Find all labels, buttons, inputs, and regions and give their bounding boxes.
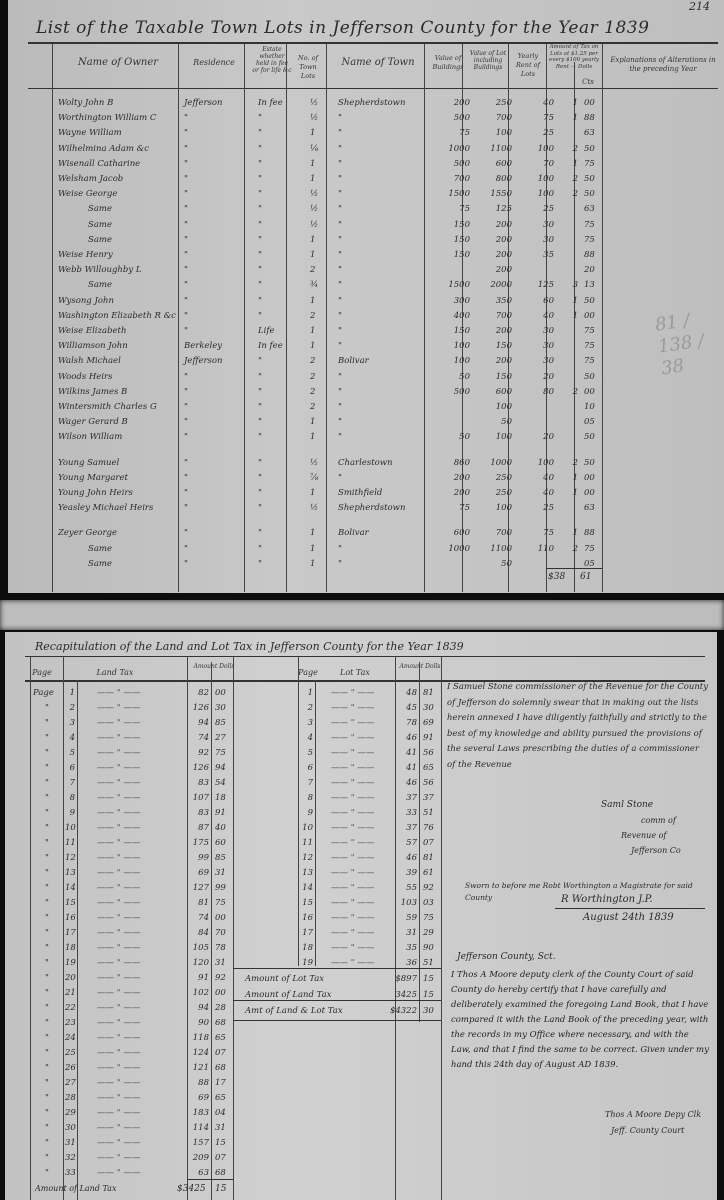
summary-cts: 15	[423, 972, 434, 987]
cell-town: "	[338, 309, 342, 323]
cell-estate: "	[258, 187, 262, 201]
sworn-date: August 24th 1839	[583, 912, 674, 923]
cell-cts: 50	[584, 187, 595, 201]
table-row: Wintersmith Charles G""2"10010	[8, 400, 724, 414]
table-row: Weise Henry""1"1502003588	[8, 248, 724, 262]
total-dolls: $38	[548, 572, 565, 582]
summary-row: Amount of Lot Tax$89715	[5, 972, 445, 987]
table-row: Wayne William""1"751002563	[8, 126, 724, 140]
commissioner-title-2: Revenue of	[621, 831, 666, 840]
table-row: Same""1"10001100110275	[8, 542, 724, 556]
cell-name: Same	[88, 557, 112, 571]
col-header-land-amount: Amount Dolls	[191, 662, 237, 671]
cell-town: "	[338, 233, 342, 247]
cell-page: 32	[65, 1151, 75, 1166]
cell-rent: 40	[514, 309, 554, 323]
cell-name: Young Samuel	[58, 456, 119, 470]
cell-estate: "	[258, 278, 262, 292]
cell-dolls: 1	[556, 486, 578, 500]
cell-bldg: 1000	[440, 142, 470, 156]
cell-dolls: 2	[556, 542, 578, 556]
cell-bldg: 1000	[440, 542, 470, 556]
cell-estate: "	[258, 501, 262, 515]
ditto-dash: —— " ——	[331, 806, 374, 821]
cell-bldg: 1500	[440, 278, 470, 292]
table-row: "—— " ——3115715	[5, 1136, 235, 1151]
cell-bldg: 200	[440, 471, 470, 485]
ditto-dash: —— " ——	[331, 791, 374, 806]
ditto-mark: "	[45, 1061, 49, 1076]
cell-town: "	[338, 542, 342, 556]
cell-town: "	[338, 557, 342, 571]
cell-residence: "	[184, 309, 188, 323]
cell-rent: 30	[514, 218, 554, 232]
cell-residence: "	[184, 126, 188, 140]
cell-rent: 30	[514, 339, 554, 353]
table-row: "—— " ——278817	[5, 1076, 235, 1091]
cell-residence: "	[184, 218, 188, 232]
cell-cts: 88	[584, 111, 595, 125]
cell-lots: 1	[310, 157, 315, 171]
table-row: Same""½"1502003075	[8, 218, 724, 232]
cell-lot_value: 200	[472, 233, 512, 247]
cell-cts: 88	[584, 526, 595, 540]
cell-name: Wolty John B	[58, 96, 113, 110]
cell-dolls: 2	[556, 172, 578, 186]
cell-name: Walsh Michael	[58, 354, 121, 368]
cell-residence: "	[184, 263, 188, 277]
cell-name: Williamson John	[58, 339, 128, 353]
cell-name: Wilson William	[58, 430, 122, 444]
table-row: Walsh MichaelJefferson"2Bolivar100200307…	[8, 354, 724, 368]
cell-cts: 91	[423, 731, 434, 746]
summary-row: Amt of Land & Lot Tax$432230	[5, 1004, 445, 1019]
cell-dolls: 57	[397, 836, 417, 851]
ditto-mark: "	[45, 1046, 49, 1061]
cell-lot_value: 700	[472, 526, 512, 540]
cell-name: Webb Willoughby L	[58, 263, 142, 277]
cell-residence: "	[184, 400, 188, 414]
col-header-explanations: Explanations of Alterations in the prece…	[608, 56, 718, 74]
table-row: —— " ——83737	[5, 791, 445, 806]
table-row: —— " ——133961	[5, 866, 445, 881]
cell-page: 16	[301, 911, 313, 926]
cell-bldg: 75	[440, 126, 470, 140]
cell-bldg: 200	[440, 486, 470, 500]
cell-rent: 30	[514, 324, 554, 338]
cell-lot_value: 100	[472, 126, 512, 140]
cell-name: Washington Elizabeth R &c	[58, 309, 176, 323]
table-row: Wilkins James B""2"50060080200	[8, 385, 724, 399]
cell-estate: "	[258, 486, 262, 500]
cell-lots: 1	[310, 542, 315, 556]
cell-rent: 100	[514, 187, 554, 201]
cell-dolls: 157	[189, 1136, 209, 1151]
cell-dolls: 88	[189, 1076, 209, 1091]
table-row: —— " ——44691	[5, 731, 445, 746]
cell-dolls: 118	[189, 1031, 209, 1046]
cell-estate: "	[258, 142, 262, 156]
cell-name: Same	[88, 218, 112, 232]
table-row: Same""1"1502003075	[8, 233, 724, 247]
col-header-town: Name of Town	[328, 58, 428, 67]
cell-dolls: 41	[397, 746, 417, 761]
cell-lot_value: 250	[472, 96, 512, 110]
cell-residence: "	[184, 324, 188, 338]
cell-residence: "	[184, 111, 188, 125]
commissioner-title-1: comm of	[641, 816, 676, 825]
col-header-residence: Residence	[184, 58, 244, 67]
cell-dolls: 46	[397, 851, 417, 866]
cell-town: "	[338, 202, 342, 216]
cell-estate: "	[258, 526, 262, 540]
cell-rent: 100	[514, 142, 554, 156]
cell-lot_value: 800	[472, 172, 512, 186]
cell-residence: "	[184, 526, 188, 540]
cell-bldg: 700	[440, 172, 470, 186]
table-row: "—— " ——3011431	[5, 1121, 235, 1136]
col-header-owner: Name of Owner	[58, 58, 178, 67]
cell-lot_value: 1100	[472, 542, 512, 556]
cell-lots: 1	[310, 557, 315, 571]
cell-lot_value: 200	[472, 218, 512, 232]
cell-lots: 1	[310, 248, 315, 262]
table-row: "—— " ——286965	[5, 1091, 235, 1106]
land-total-label: Amount of Land Tax	[35, 1184, 116, 1193]
cell-cts: 63	[584, 202, 595, 216]
cell-name: Young John Heirs	[58, 486, 133, 500]
cell-cts: 00	[584, 385, 595, 399]
cell-estate: "	[258, 456, 262, 470]
cell-cts: 75	[584, 218, 595, 232]
cell-name: Worthington William C	[58, 111, 156, 125]
cell-name: Same	[88, 542, 112, 556]
total-rule	[546, 568, 602, 569]
cell-lot_value: 200	[472, 354, 512, 368]
ditto-dash: —— " ——	[331, 836, 374, 851]
cell-residence: "	[184, 278, 188, 292]
cell-town: "	[338, 157, 342, 171]
cell-dolls: 1	[556, 157, 578, 171]
land-total-dolls: $3425	[177, 1184, 206, 1194]
cell-lot_value: 50	[472, 557, 512, 571]
cell-dolls: 39	[397, 866, 417, 881]
cell-cts: 75	[584, 324, 595, 338]
cell-bldg: 860	[440, 456, 470, 470]
col-header-buildings: Value of Buildings	[430, 54, 466, 72]
cell-cts: 37	[423, 791, 434, 806]
cell-name: Same	[88, 233, 112, 247]
cell-name: Weise Elizabeth	[58, 324, 126, 338]
cell-name: Woods Heirs	[58, 370, 113, 384]
ditto-mark: "	[45, 1106, 49, 1121]
table-row: —— " ——54156	[5, 746, 445, 761]
cell-page: 31	[65, 1136, 75, 1151]
cell-dolls: 46	[397, 731, 417, 746]
cell-bldg: 150	[440, 324, 470, 338]
cell-rent: 20	[514, 370, 554, 384]
table-row: —— " ——1510303	[5, 896, 445, 911]
cell-residence: "	[184, 233, 188, 247]
cell-estate: "	[258, 218, 262, 232]
cell-rent: 75	[514, 526, 554, 540]
table-row: "—— " ——2411865	[5, 1031, 235, 1046]
cell-cts: 92	[423, 881, 434, 896]
page-number: 214	[689, 0, 710, 13]
cell-rent: 30	[514, 233, 554, 247]
cell-residence: "	[184, 385, 188, 399]
cell-name: Weise Henry	[58, 248, 113, 262]
cell-lot_value: 200	[472, 324, 512, 338]
ditto-dash: —— " ——	[331, 941, 374, 956]
cell-page: 18	[301, 941, 313, 956]
cell-town: Smithfield	[338, 486, 382, 500]
cell-page: 17	[301, 926, 313, 941]
top-ledger-page: 214 List of the Taxable Town Lots in Jef…	[8, 0, 724, 593]
col-header-lot-tax: Lot Tax	[325, 668, 385, 677]
cell-estate: In fee	[258, 96, 283, 110]
cell-cts: 50	[584, 172, 595, 186]
cell-cts: 75	[584, 233, 595, 247]
cell-town: Shepherdstown	[338, 96, 405, 110]
cell-lots: 1	[310, 430, 315, 444]
cell-page: 13	[301, 866, 313, 881]
cell-town: "	[338, 248, 342, 262]
cell-rent: 125	[514, 278, 554, 292]
cell-dolls: 69	[189, 1091, 209, 1106]
cell-cts: 00	[584, 309, 595, 323]
total-cts: 61	[580, 572, 591, 582]
cell-cts: 50	[584, 142, 595, 156]
ditto-dash: —— " ——	[97, 1046, 140, 1061]
cell-town: "	[338, 370, 342, 384]
table-row: Washington Elizabeth R &c""2"40070040100	[8, 309, 724, 323]
recapitulation-page: Recapitulation of the Land and Lot Tax i…	[5, 632, 717, 1200]
cell-page: 8	[301, 791, 313, 806]
table-row: "—— " ——2612168	[5, 1061, 235, 1076]
cell-name: Same	[88, 202, 112, 216]
cell-town: Bolivar	[338, 354, 369, 368]
cell-dolls: 121	[189, 1061, 209, 1076]
cell-page: 30	[65, 1121, 75, 1136]
ditto-dash: —— " ——	[331, 926, 374, 941]
cell-cts: 65	[215, 1091, 226, 1106]
header-rule	[28, 88, 718, 89]
ditto-dash: —— " ——	[331, 746, 374, 761]
cell-cts: 04	[215, 1106, 226, 1121]
cell-dolls: 183	[189, 1106, 209, 1121]
ditto-dash: —— " ——	[331, 761, 374, 776]
cell-bldg: 150	[440, 248, 470, 262]
cell-lots: 1	[310, 415, 315, 429]
cell-cts: 50	[584, 430, 595, 444]
table-row: Wilson William""1"501002050	[8, 430, 724, 444]
cell-rent: 100	[514, 456, 554, 470]
table-row: Williamson JohnBerkeleyIn fee1"100150307…	[8, 339, 724, 353]
table-row: Wysong John""1"30035060150	[8, 294, 724, 308]
cell-dolls: 78	[397, 716, 417, 731]
cell-bldg: 500	[440, 157, 470, 171]
cell-town: "	[338, 400, 342, 414]
cell-cts: 75	[584, 157, 595, 171]
cell-town: "	[338, 172, 342, 186]
summary-rule	[233, 1000, 441, 1001]
cell-page: 26	[65, 1061, 75, 1076]
cell-cts: 68	[215, 1061, 226, 1076]
cell-cts: 50	[584, 294, 595, 308]
cell-lots: 2	[310, 263, 315, 277]
cell-cts: 63	[584, 501, 595, 515]
cell-estate: "	[258, 157, 262, 171]
cell-dolls: 124	[189, 1046, 209, 1061]
ditto-dash: —— " ——	[331, 896, 374, 911]
cell-estate: "	[258, 126, 262, 140]
commissioner-title-3: Jefferson Co	[631, 846, 681, 855]
cell-rent: 30	[514, 354, 554, 368]
ditto-dash: —— " ——	[331, 731, 374, 746]
cell-dolls: 114	[189, 1121, 209, 1136]
cell-bldg: 100	[440, 354, 470, 368]
table-row: Welsham Jacob""1"700800100250	[8, 172, 724, 186]
table-row: Weise George""½"15001550100250	[8, 187, 724, 201]
col-header-land-tax: Land Tax	[75, 668, 155, 677]
cell-estate: "	[258, 111, 262, 125]
cell-dolls: 3	[556, 278, 578, 292]
ditto-dash: —— " ——	[97, 1031, 140, 1046]
cell-estate: Life	[258, 324, 275, 338]
table-row: —— " ——115707	[5, 836, 445, 851]
ditto-dash: —— " ——	[331, 851, 374, 866]
cell-dolls: 41	[397, 761, 417, 776]
table-row: —— " ——145592	[5, 881, 445, 896]
cell-rent: 25	[514, 126, 554, 140]
summary-dolls: $897	[385, 972, 417, 987]
cell-lot_value: 700	[472, 111, 512, 125]
cell-lot_value: 350	[472, 294, 512, 308]
cell-bldg: 1500	[440, 187, 470, 201]
cell-page: 7	[301, 776, 313, 791]
table-row: —— " ——124681	[5, 851, 445, 866]
cell-dolls: 1	[556, 309, 578, 323]
cell-rent: 70	[514, 157, 554, 171]
cell-estate: "	[258, 233, 262, 247]
cell-name: Wysong John	[58, 294, 114, 308]
cell-bldg: 50	[440, 430, 470, 444]
cell-lot_value: 1000	[472, 456, 512, 470]
cell-page: 25	[65, 1046, 75, 1061]
cell-cts: 69	[423, 716, 434, 731]
cell-lots: ½	[310, 202, 318, 216]
cell-cts: 17	[215, 1076, 226, 1091]
table-row: Zeyer George""1Bolivar60070075188	[8, 526, 724, 540]
cell-page: 1	[301, 686, 313, 701]
cell-lot_value: 150	[472, 370, 512, 384]
ledger-title: List of the Taxable Town Lots in Jeffers…	[36, 18, 649, 38]
cell-town: Bolivar	[338, 526, 369, 540]
cell-lot_value: 100	[472, 400, 512, 414]
cell-residence: "	[184, 294, 188, 308]
cell-residence: "	[184, 501, 188, 515]
cell-lot_value: 2000	[472, 278, 512, 292]
cell-residence: "	[184, 370, 188, 384]
cell-lot_value: 600	[472, 385, 512, 399]
cell-lots: 1	[310, 526, 315, 540]
cell-cts: 76	[423, 821, 434, 836]
cell-bldg: 75	[440, 501, 470, 515]
cell-name: Wilhelmina Adam &c	[58, 142, 149, 156]
cell-page: 29	[65, 1106, 75, 1121]
ditto-dash: —— " ——	[331, 911, 374, 926]
cell-town: "	[338, 324, 342, 338]
cell-lots: ⅛	[310, 142, 318, 156]
cell-dolls: 2	[556, 187, 578, 201]
cell-cts: 07	[423, 836, 434, 851]
table-row: —— " ——173129	[5, 926, 445, 941]
cell-dolls: 31	[397, 926, 417, 941]
cell-estate: "	[258, 309, 262, 323]
cell-page: 4	[301, 731, 313, 746]
cell-dolls: 48	[397, 686, 417, 701]
cell-town: "	[338, 263, 342, 277]
ditto-dash: —— " ——	[97, 1151, 140, 1166]
summary-rule	[233, 968, 441, 969]
table-row: Wolty John BJeffersonIn fee½Shepherdstow…	[8, 96, 724, 110]
cell-lots: 1	[310, 324, 315, 338]
clerk-court: Jeff. County Court	[611, 1126, 684, 1135]
cell-rent: 40	[514, 471, 554, 485]
table-row: "—— " ——2512407	[5, 1046, 235, 1061]
cell-dolls: 45	[397, 701, 417, 716]
cell-estate: "	[258, 385, 262, 399]
cell-town: "	[338, 187, 342, 201]
cell-page: 27	[65, 1076, 75, 1091]
cell-lot_value: 700	[472, 309, 512, 323]
cell-estate: "	[258, 294, 262, 308]
cell-lots: ½	[310, 501, 318, 515]
cell-name: Same	[88, 278, 112, 292]
table-row: "—— " ——3220907	[5, 1151, 235, 1166]
summary-dolls: $4322	[385, 1004, 417, 1019]
cell-town: "	[338, 142, 342, 156]
cell-town: "	[338, 218, 342, 232]
cell-name: Welsham Jacob	[58, 172, 123, 186]
recap-title: Recapitulation of the Land and Lot Tax i…	[35, 640, 464, 653]
cell-lot_value: 200	[472, 263, 512, 277]
cell-dolls: 37	[397, 791, 417, 806]
cell-cts: 00	[584, 486, 595, 500]
table-row: Yeasley Michael Heirs""½Shepherdstown751…	[8, 501, 724, 515]
table-row: —— " ——103776	[5, 821, 445, 836]
cell-page: 5	[301, 746, 313, 761]
cell-lots: ½	[310, 456, 318, 470]
cell-rent: 60	[514, 294, 554, 308]
ditto-dash: —— " ——	[97, 1136, 140, 1151]
cell-estate: "	[258, 263, 262, 277]
summary-rule	[233, 1020, 441, 1021]
col-header-lot-amount: Amount Dolls	[397, 662, 443, 671]
cell-cts: 20	[584, 263, 595, 277]
cell-cts: 56	[423, 776, 434, 791]
cell-cts: 00	[584, 471, 595, 485]
cell-estate: "	[258, 202, 262, 216]
cell-dolls: 55	[397, 881, 417, 896]
table-row: Woods Heirs""2"501502050	[8, 370, 724, 384]
cell-name: Wintersmith Charles G	[58, 400, 157, 414]
cell-estate: "	[258, 471, 262, 485]
cell-dolls: 33	[397, 806, 417, 821]
cell-lot_value: 125	[472, 202, 512, 216]
cell-cts: 30	[423, 701, 434, 716]
